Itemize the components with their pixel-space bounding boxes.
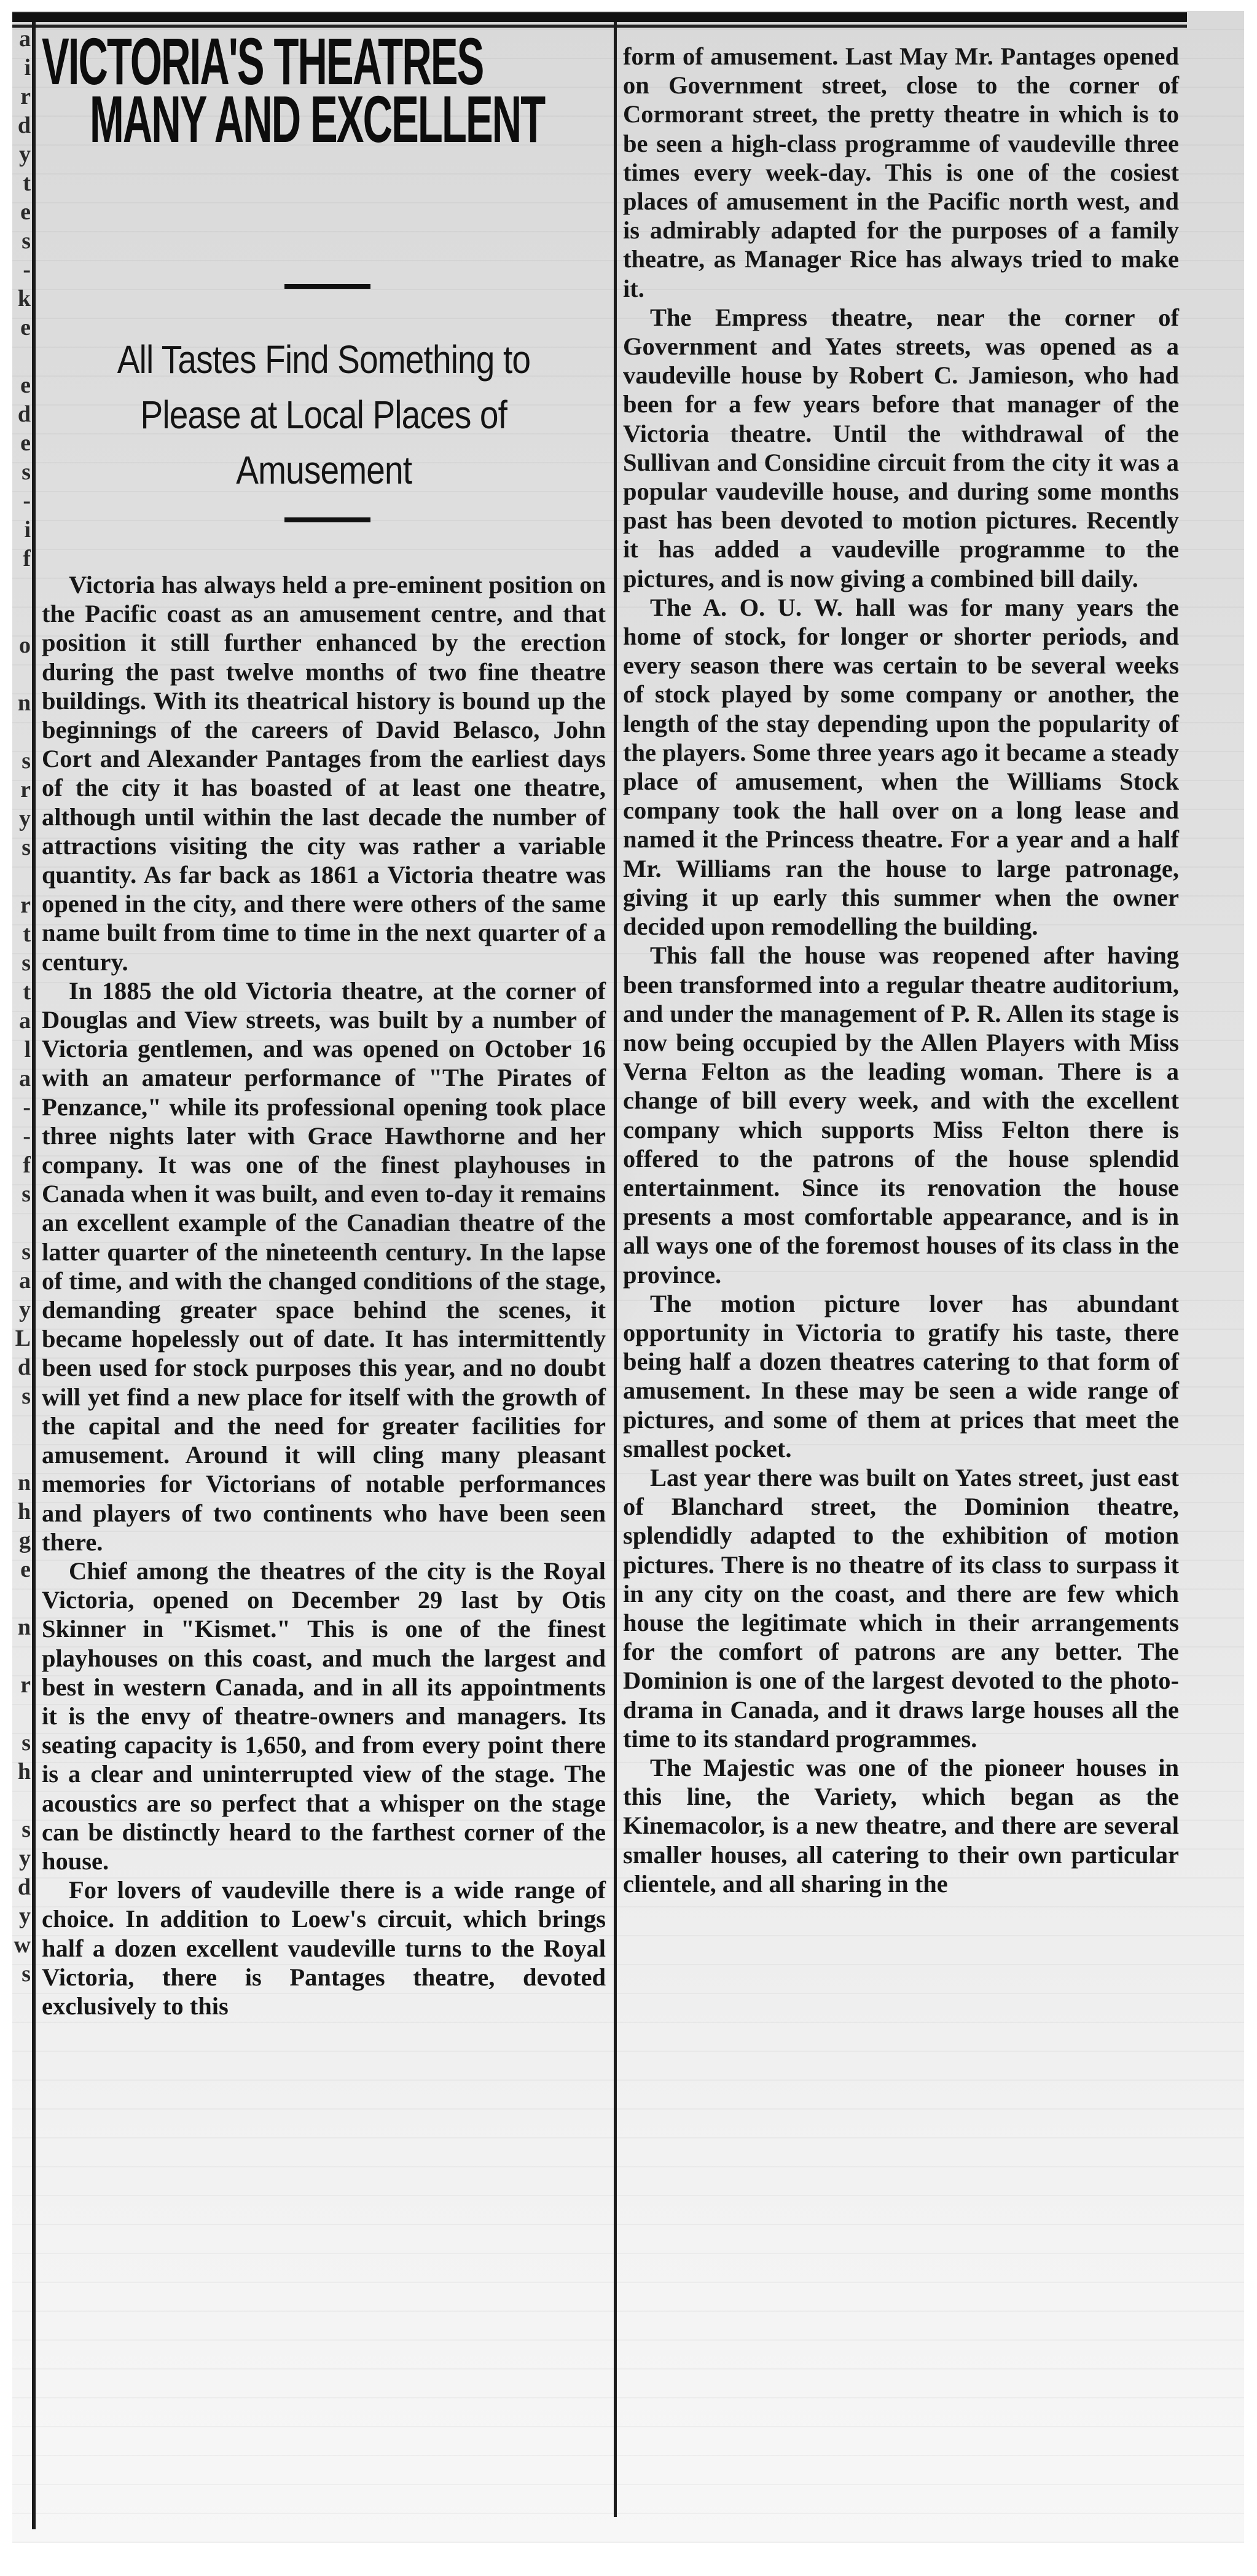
paragraph: form of amusement. Last May Mr. Pantages…	[623, 42, 1179, 303]
subheadline-line-1: All Tastes Find Something to	[117, 332, 530, 387]
paragraph: The Majestic was one of the pioneer hous…	[623, 1753, 1179, 1898]
subheadline-separator-rule	[284, 517, 370, 522]
paragraph: The motion picture lover has abundant op…	[623, 1289, 1179, 1463]
column-divider-rule	[614, 22, 617, 2517]
subheadline-line-2: Please at Local Places of	[141, 387, 507, 442]
paragraph: Victoria has always held a pre-eminent p…	[42, 570, 606, 976]
paragraph: The Empress theatre, near the corner of …	[623, 303, 1179, 593]
paragraph: In 1885 the old Victoria theatre, at the…	[42, 976, 606, 1557]
paragraph: Last year there was built on Yates stree…	[623, 1463, 1179, 1753]
paragraph: The A. O. U. W. hall was for many years …	[623, 593, 1179, 941]
paragraph: Chief among the theatres of the city is …	[42, 1557, 606, 1875]
adjacent-column-fragments: a i r d y t e s - k e e d e s - i f o n …	[12, 25, 31, 2519]
subheadline-line-3: Amusement	[236, 442, 412, 498]
headline-separator-rule	[284, 284, 370, 289]
left-column-rule	[32, 22, 36, 2529]
article-column-left: Victoria has always held a pre-eminent p…	[42, 570, 606, 2020]
article-column-right: form of amusement. Last May Mr. Pantages…	[623, 42, 1179, 1898]
paragraph: For lovers of vaudeville there is a wide…	[42, 1875, 606, 2020]
subheadline: All Tastes Find Something to Please at L…	[38, 332, 609, 498]
top-border-rule	[12, 12, 1187, 22]
paragraph: This fall the house was reopened after h…	[623, 941, 1179, 1289]
headline-line-2: MANY AND EXCELLENT	[90, 86, 444, 152]
